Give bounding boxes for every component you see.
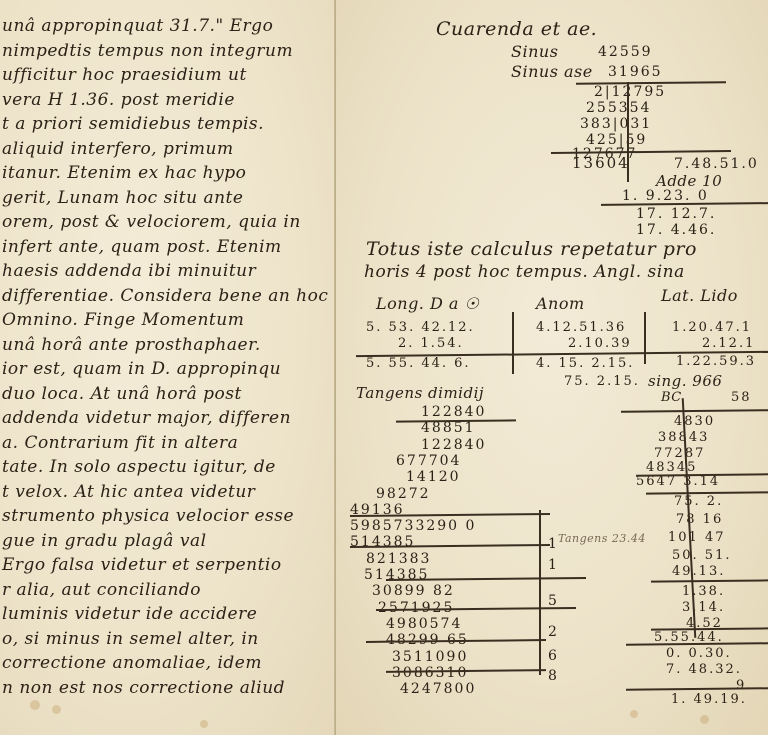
manuscript-line: vera H 1.36. post meridie [2,90,235,110]
time-3: 1. 9.23. 0 [622,188,709,204]
tangens-row: 3086310 [392,665,468,681]
tangens-row: 821383 [366,551,431,567]
extra-value: 75. 2.15. [564,374,640,389]
cell: 2.12.1 [702,336,755,351]
manuscript-line: itanur. Etenim ex hac hypo [2,163,246,183]
tangens-row: 14120 [406,469,461,485]
rule-vertical [644,312,646,364]
heading: Cuarenda et ae. [436,18,597,40]
manuscript-line: gue in gradu plagâ val [2,531,207,551]
manuscript-line: ior est, quam in D. appropinqu [2,359,281,379]
col-header-lat: Lat. Lido [661,286,738,305]
col-header-anom: Anom [536,294,585,313]
tangens-row: 514385 [350,534,415,550]
right-column-row: 3.14. [682,600,725,615]
manuscript-line: nimpedtis tempus non integrum [2,41,293,61]
tangens-row: 98272 [376,486,431,502]
right-column-row: 5647 3.14 [636,474,720,489]
manuscript-line: strumento physica velocior esse [2,506,294,526]
right-column-row: 9. [736,678,752,693]
sinus-value: sing. 966 [648,372,722,390]
right-column-row: 1. 49.19. [671,692,747,707]
cell: 2.10.39 [568,336,632,351]
rule-vertical [539,510,541,675]
rule-vertical [627,82,629,182]
paper-stain [630,710,638,718]
operand-1: 42559 [598,44,653,60]
margin-digit: 1 [548,557,559,573]
manuscript-line: luminis videtur ide accidere [2,604,257,624]
manuscript-line: t a priori semidiebus tempis. [2,114,264,134]
time-4: 17. 12.7. [636,206,716,222]
manuscript-line: a. Contrarium fit in altera [2,433,238,453]
manuscript-line: r alia, aut conciliando [2,580,201,600]
right-column-row: 75. 2. [674,494,723,509]
manuscript-line: tate. In solo aspectu igitur, de [2,457,276,477]
manuscript-line: Ergo falsa videtur et serpentio [2,555,282,575]
tangens-row: 4247800 [400,681,476,697]
cell: 5. 53. 42.12. [366,320,475,335]
col-header-long: Long. D a ☉ [376,294,479,313]
cell: 5. 55. 44. 6. [366,356,471,371]
product-result: 13604 [572,154,630,172]
cell: 1.20.47.1 [672,320,752,335]
sinus-label-1: Sinus [511,42,558,61]
manuscript-line: infert ante, quam post. Etenim [2,237,282,257]
tangens-row: 48851 [421,420,476,436]
manuscript-line: n non est nos correctione aliud [2,678,285,698]
paper-stain [200,720,208,728]
manuscript-line: unâ horâ ante prosthaphaer. [2,335,261,355]
manuscript-line: duo loca. At unâ horâ post [2,384,242,404]
right-column-row: 48345 [646,460,697,475]
paragraph-line-2: horis 4 post hoc tempus. Angl. sina [364,262,685,282]
cell: 1.22.59.3 [676,354,756,369]
right-column-row: 4830 [674,414,715,429]
tangens-label: Tangens dimidij [356,384,484,402]
manuscript-line: ufficitur hoc praesidium ut [2,65,247,85]
right-column-row: 78 16 [676,512,723,527]
partial-2: 255354 [586,100,651,116]
manuscript-line: aliquid interfero, primum [2,139,234,159]
bc-value: 58 [731,390,752,405]
margin-digit: 8 [548,668,559,684]
paper-stain [30,700,40,710]
right-column-row: 77287 [654,446,705,461]
right-column-row: 101 47 [668,530,726,545]
rule [601,202,768,205]
paragraph-line-1: Totus iste calculus repetatur pro [366,238,697,260]
manuscript-line: t velox. At hic antea videtur [2,482,255,502]
rule [651,579,768,582]
time-1: 7.48.51.0 [674,156,759,172]
time-5: 17. 4.46. [636,222,716,238]
manuscript-line: haesis addenda ibi minuitur [2,261,256,281]
manuscript-line: Omnino. Finge Momentum [2,310,244,330]
rule-vertical [512,312,514,374]
manuscript-line: correctione anomaliae, idem [2,653,262,673]
partial-1: 2|12795 [594,84,666,100]
side-note: Tangens 23.44 [558,532,646,545]
tangens-row: 514385 [364,567,429,583]
manuscript-line: addenda videtur major, differen [2,408,291,428]
operand-2: 31965 [608,64,663,80]
cell: 4. 15. 2.15. [536,356,634,371]
manuscript-line: gerit, Lunam hoc situ ante [2,188,243,208]
left-manuscript-page: unâ appropinquat 31.7." Ergonimpedtis te… [0,0,336,735]
rule [621,409,768,412]
right-column-row: 50. 51. [672,548,731,563]
partial-3: 383|031 [580,116,652,132]
right-column-row: 1.38. [682,584,725,599]
tangens-row: 5985733290 0 [350,518,476,534]
right-column-row: 49.13. [672,564,725,579]
tangens-row: 30899 82 [372,583,455,599]
paper-stain [52,705,61,714]
tangens-row: 677704 [396,453,461,469]
cell: 4.12.51.36 [536,320,626,335]
tangens-row: 122840 [421,404,486,420]
cell: 2. 1.54. [398,336,464,351]
tangens-row: 122840 [421,437,486,453]
right-column-row: 7. 48.32. [666,662,742,677]
margin-digit: 6 [548,648,559,664]
sinus-label-2: Sinus ase [511,62,593,81]
margin-digit: 2 [548,624,559,640]
bc-label: BC [661,390,682,405]
manuscript-line: o, si minus in semel alter, in [2,629,259,649]
tangens-row: 4980574 [386,616,462,632]
manuscript-line: unâ appropinquat 31.7." Ergo [2,16,273,36]
tangens-row: 3511090 [392,649,468,665]
right-manuscript-page: Cuarenda et ae. Sinus Sinus ase 42559 31… [336,0,768,735]
paper-stain [700,715,709,724]
manuscript-line: orem, post & velociorem, quia in [2,212,301,232]
manuscript-line: differentiae. Considera bene an hoc [2,286,328,306]
right-column-row: 0. 0.30. [666,646,732,661]
